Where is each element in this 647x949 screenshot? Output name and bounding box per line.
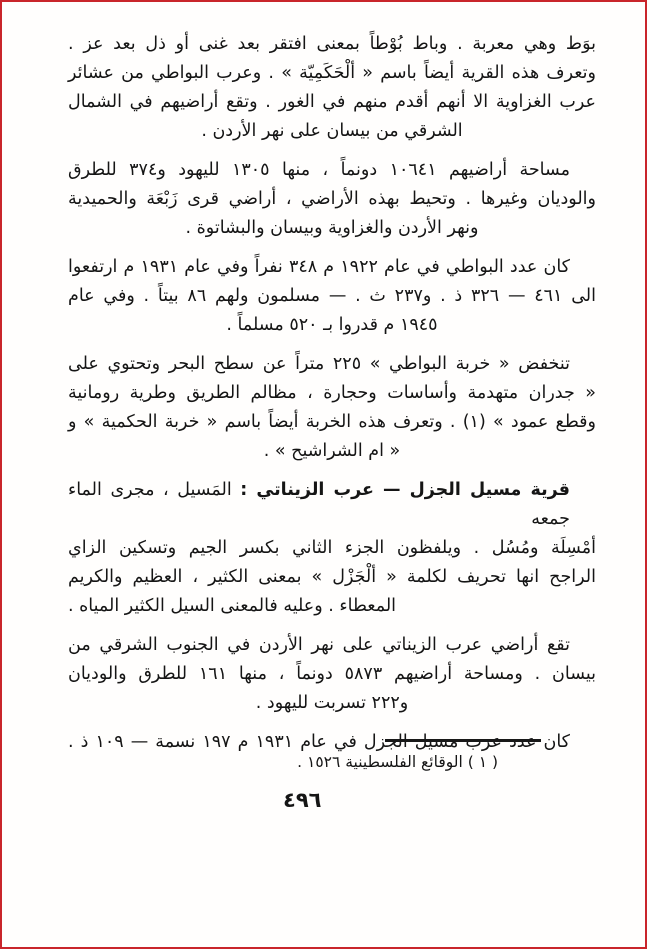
text-line: بيسان . ومساحة أراضيهم ٥٨٧٣ دونماً ، منه…: [68, 660, 596, 689]
paragraph-masil-al-jizl: قرية مسيل الجزل — عرب الزيناتي : المَسيل…: [68, 476, 596, 621]
text-line: تنخفض « خربة البواطي » ٢٢٥ متراً عن سطح …: [68, 350, 596, 379]
text-line: وتعرف هذه القرية أيضاً باسم « ألْحَكَمِي…: [68, 59, 596, 88]
text-line: الراجح انها تحريف لكلمة « ألْجَزْل » بمع…: [68, 563, 596, 592]
text-line: مساحة أراضيهم ١٠٦٤١ دونماً ، منها ١٣٠٥ ل…: [68, 156, 596, 185]
text-line: « جدران متهدمة وأساسات وحجارة ، مظالم ال…: [68, 379, 596, 408]
text-line: ونهر الأردن والغزاوية وبيسان والبشاتوة .: [68, 214, 596, 243]
paragraph-buwat: بوَط وهي معربة . وباط بُوْطاً بمعنى افتق…: [68, 30, 596, 146]
text-line: أمْسِلَة ومُسُل . ويلفظون الجزء الثاني ب…: [68, 534, 596, 563]
text-line: ١٩٤٥ م قدروا بـ ٥٢٠ مسلماً .: [68, 311, 596, 340]
text-line: تقع أراضي عرب الزيناتي على نهر الأردن في…: [68, 631, 596, 660]
paragraph-land-area: مساحة أراضيهم ١٠٦٤١ دونماً ، منها ١٣٠٥ ل…: [68, 156, 596, 243]
entry-title: قرية مسيل الجزل — عرب الزيناتي :: [240, 480, 570, 500]
text-line: والوديان وغيرها . وتحيط بهذه الأراضي ، أ…: [68, 185, 596, 214]
text-line: الشرقي من بيسان على نهر الأردن .: [68, 117, 596, 146]
paragraph-khirbet-bawati: تنخفض « خربة البواطي » ٢٢٥ متراً عن سطح …: [68, 350, 596, 466]
page-number: ٤٩٦: [283, 788, 321, 812]
text-line: قرية مسيل الجزل — عرب الزيناتي : المَسيل…: [68, 476, 596, 534]
text-line: عرب الغزاوية الا أنهم أقدم منهم في الغور…: [68, 88, 596, 117]
book-page: بوَط وهي معربة . وباط بُوْطاً بمعنى افتق…: [0, 0, 647, 949]
text-line: « ام الشراشيح » .: [68, 437, 596, 466]
text-block: بوَط وهي معربة . وباط بُوْطاً بمعنى افتق…: [68, 30, 596, 767]
text-line: بوَط وهي معربة . وباط بُوْطاً بمعنى افتق…: [68, 30, 596, 59]
footnote: ( ١ ) الوقائع الفلسطينية ١٥٢٦ .: [297, 751, 498, 773]
text-line: المعطاء . وعليه فالمعنى السيل الكثير الم…: [68, 592, 596, 621]
text-line: وقطع عمود » (١) . وتعرف هذه الخربة أيضاً…: [68, 408, 596, 437]
text-line: الى ٤٦١ — ٣٢٦ ذ . و٢٣٧ ث . — مسلمون ولهم…: [68, 282, 596, 311]
paragraph-zinati-lands: تقع أراضي عرب الزيناتي على نهر الأردن في…: [68, 631, 596, 718]
text-line: كان عدد البواطي في عام ١٩٢٢ م ٣٤٨ نفراً …: [68, 253, 596, 282]
text-line: و٢٢٢ تسربت لليهود .: [68, 689, 596, 718]
paragraph-population: كان عدد البواطي في عام ١٩٢٢ م ٣٤٨ نفراً …: [68, 253, 596, 340]
footnote-divider: [385, 739, 541, 742]
